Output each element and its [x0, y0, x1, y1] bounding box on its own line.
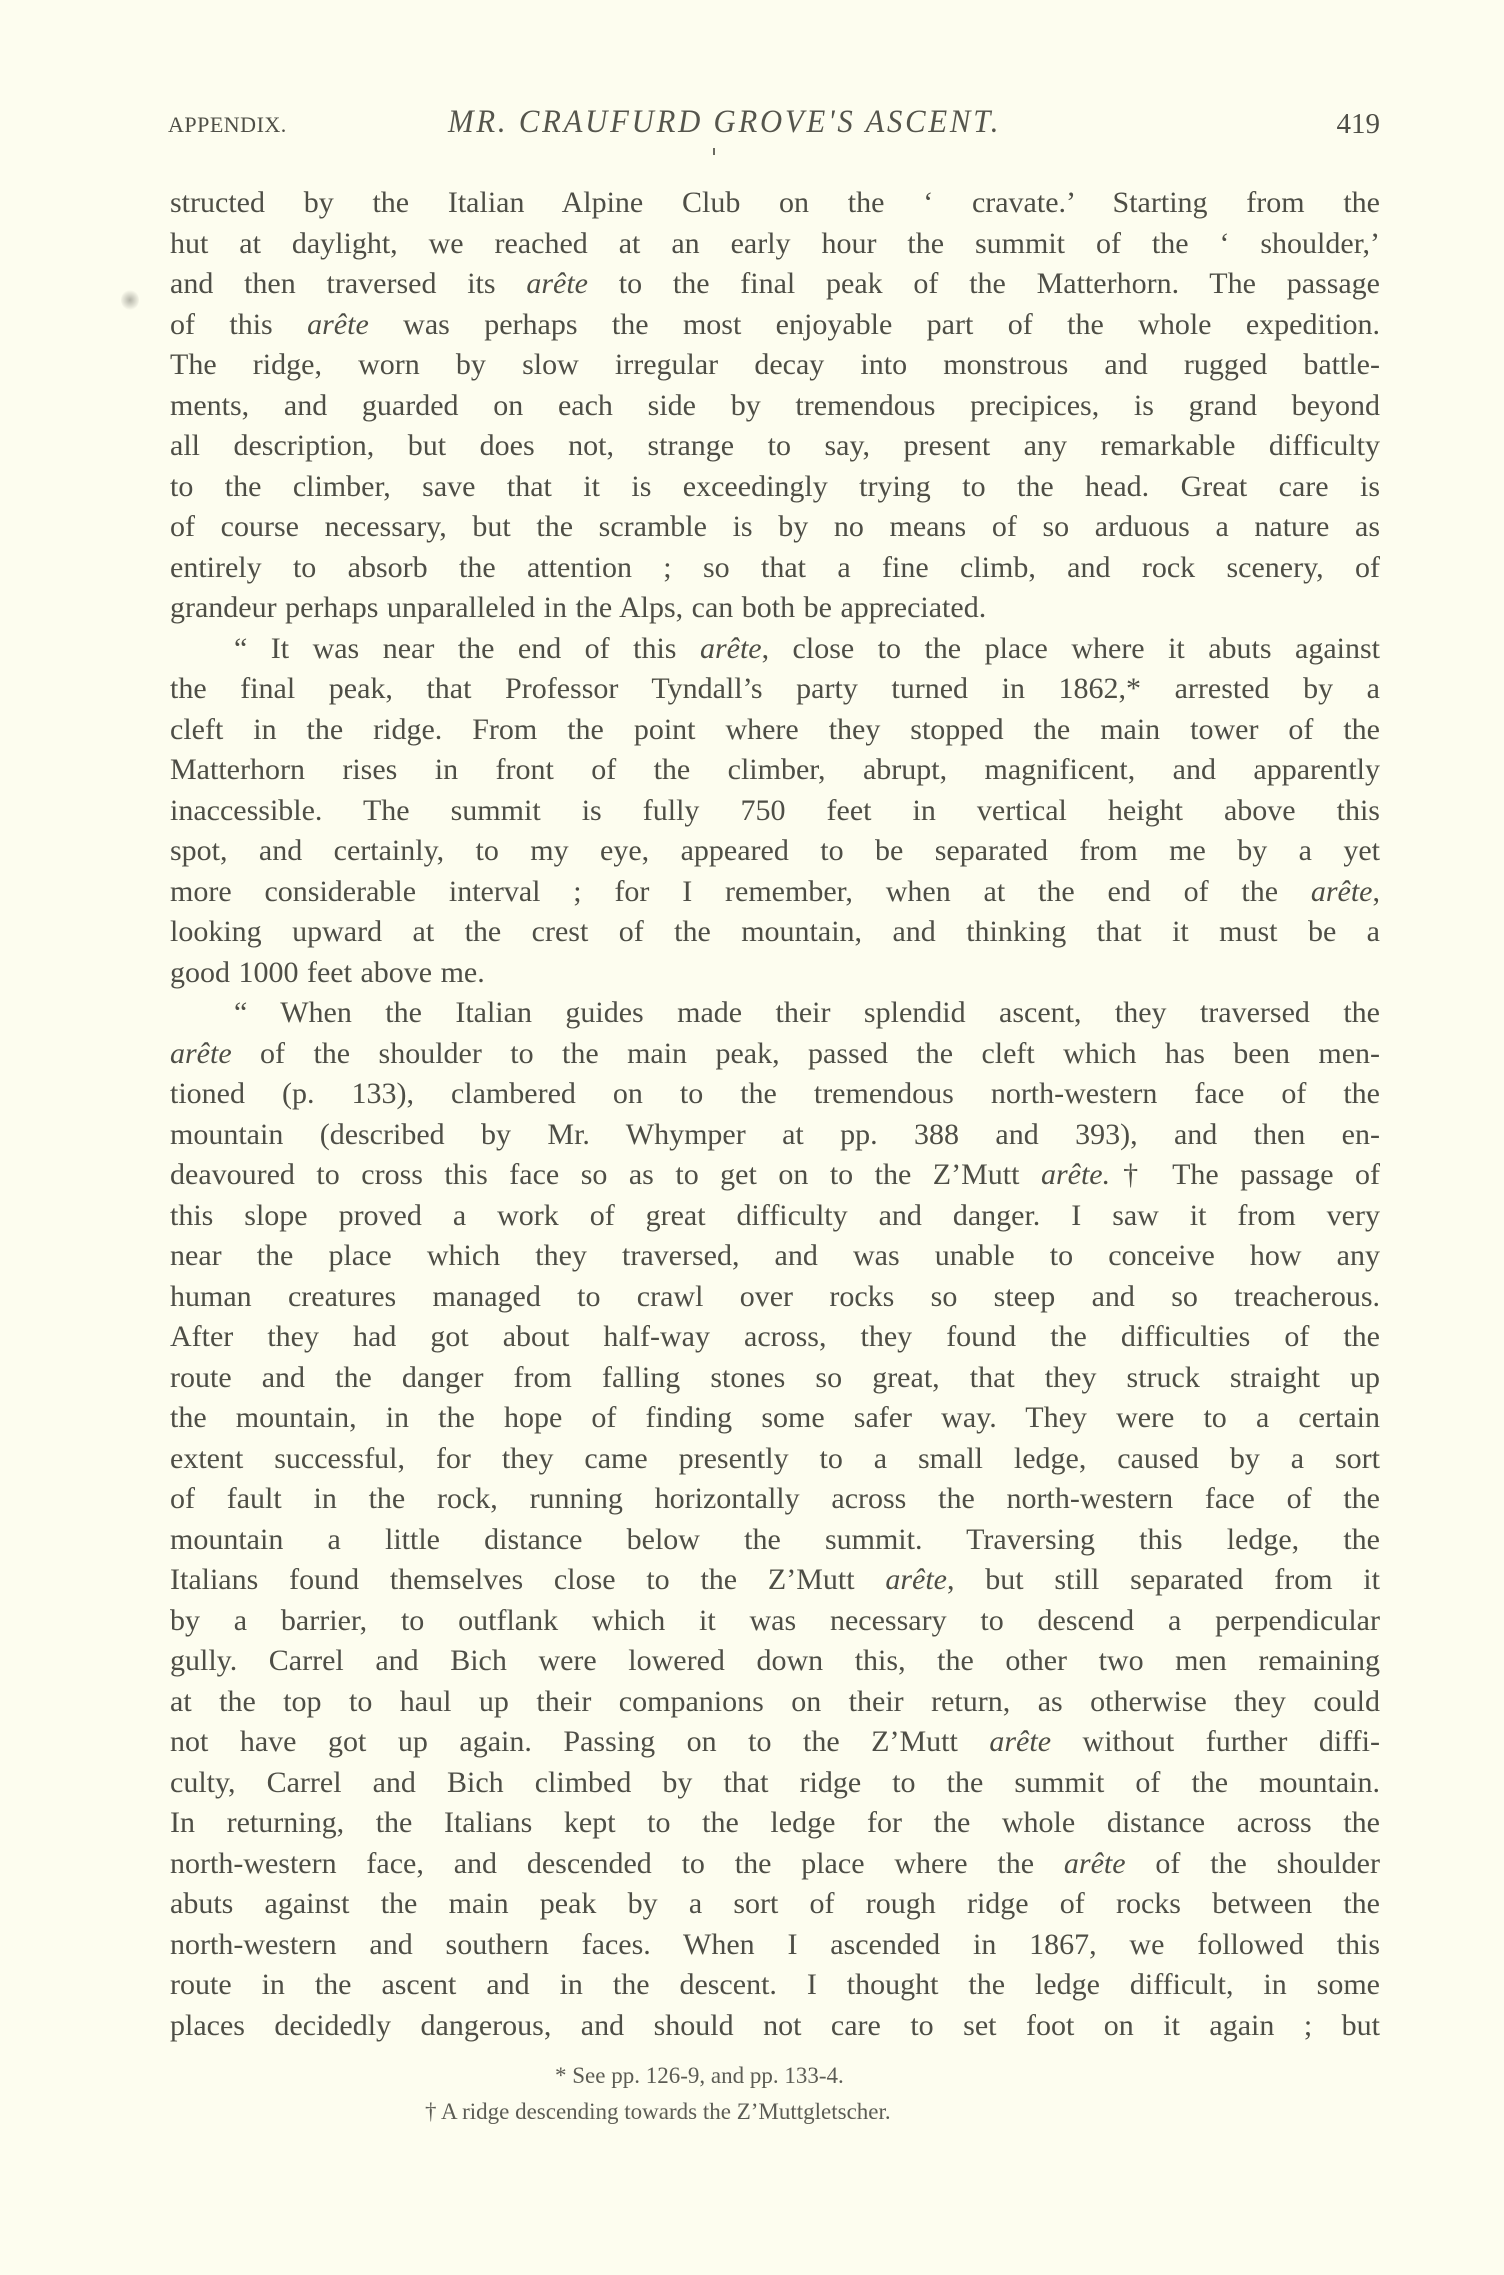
text-run: The ridge, worn by slow irregular decay … — [170, 348, 1380, 381]
text-run: of the shoulder — [1126, 1847, 1380, 1880]
text-run: hut at daylight, we reached at an early … — [170, 227, 1380, 260]
text-line-content: grandeur perhaps unparalleled in the Alp… — [170, 588, 1380, 629]
text-line-content: this slope proved a work of great diffic… — [170, 1196, 1380, 1237]
text-run: human creatures managed to crawl over ro… — [170, 1280, 1380, 1313]
text-line-content: mountain (described by Mr. Whymper at pp… — [170, 1115, 1380, 1156]
text-line-content: In returning, the Italians kept to the l… — [170, 1803, 1380, 1844]
text-line: “ When the Italian guides made their spl… — [170, 993, 1380, 1034]
text-line: “ It was near the end of this arête, clo… — [170, 629, 1380, 670]
italic-term: arête — [1064, 1847, 1126, 1880]
italic-term: arête — [989, 1725, 1051, 1758]
text-line: mountain (described by Mr. Whymper at pp… — [170, 1115, 1380, 1156]
text-line: this slope proved a work of great diffic… — [170, 1196, 1380, 1237]
text-line-content: near the place which they traversed, and… — [170, 1236, 1380, 1277]
text-line: more considerable interval ; for I remem… — [170, 872, 1380, 913]
text-run: “ It was near the end of this — [234, 632, 700, 665]
text-line: The ridge, worn by slow irregular decay … — [170, 345, 1380, 386]
text-line: culty, Carrel and Bich climbed by that r… — [170, 1763, 1380, 1804]
text-line-content: the mountain, in the hope of finding som… — [170, 1398, 1380, 1439]
italic-term: arête — [307, 308, 369, 341]
text-line: at the top to haul up their companions o… — [170, 1682, 1380, 1723]
ink-smudge — [121, 290, 139, 310]
text-line-content: of course necessary, but the scramble is… — [170, 507, 1380, 548]
text-line: near the place which they traversed, and… — [170, 1236, 1380, 1277]
text-line-content: north-western face, and descended to the… — [170, 1844, 1380, 1885]
text-line-content: by a barrier, to outflank which it was n… — [170, 1601, 1380, 1642]
text-line: structed by the Italian Alpine Club on t… — [170, 183, 1380, 224]
text-run: gully. Carrel and Bich were lowered down… — [170, 1644, 1380, 1677]
text-line-content: looking upward at the crest of the mount… — [170, 912, 1380, 953]
text-line-content: good 1000 feet above me. — [170, 953, 1380, 994]
text-line: places decidedly dangerous, and should n… — [170, 2006, 1380, 2047]
text-line-content: The ridge, worn by slow irregular decay … — [170, 345, 1380, 386]
text-run: abuts against the main peak by a sort of… — [170, 1887, 1380, 1920]
text-line-content: the final peak, that Professor Tyndall’s… — [170, 669, 1380, 710]
text-line: cleft in the ridge. From the point where… — [170, 710, 1380, 751]
text-run: mountain a little distance below the sum… — [170, 1523, 1380, 1556]
text-line: gully. Carrel and Bich were lowered down… — [170, 1641, 1380, 1682]
text-line: route in the ascent and in the descent. … — [170, 1965, 1380, 2006]
text-line-content: spot, and certainly, to my eye, appeared… — [170, 831, 1380, 872]
text-run: spot, and certainly, to my eye, appeared… — [170, 834, 1380, 867]
text-line: by a barrier, to outflank which it was n… — [170, 1601, 1380, 1642]
text-line: inaccessible. The summit is fully 750 fe… — [170, 791, 1380, 832]
print-mark — [713, 148, 715, 155]
text-line-content: culty, Carrel and Bich climbed by that r… — [170, 1763, 1380, 1804]
text-run: route in the ascent and in the descent. … — [170, 1968, 1380, 2001]
text-line-content: structed by the Italian Alpine Club on t… — [170, 183, 1380, 224]
text-run: Italians found themselves close to the Z… — [170, 1563, 885, 1596]
text-line: of fault in the rock, running horizontal… — [170, 1479, 1380, 1520]
text-line-content: more considerable interval ; for I remem… — [170, 872, 1380, 913]
text-run: structed by the Italian Alpine Club on t… — [170, 186, 1380, 219]
text-run: not have got up again. Passing on to the… — [170, 1725, 989, 1758]
text-line: north-western and southern faces. When I… — [170, 1925, 1380, 1966]
footnote-asterisk: * See pp. 126-9, and pp. 133-4. — [170, 2058, 1380, 2094]
text-line: deavoured to cross this face so as to ge… — [170, 1155, 1380, 1196]
text-line-content: route and the danger from falling stones… — [170, 1358, 1380, 1399]
text-run: without further diffi- — [1051, 1725, 1380, 1758]
text-run: mountain (described by Mr. Whymper at pp… — [170, 1118, 1380, 1151]
text-line: abuts against the main peak by a sort of… — [170, 1884, 1380, 1925]
text-line-content: hut at daylight, we reached at an early … — [170, 224, 1380, 265]
text-run: Matterhorn rises in front of the climber… — [170, 753, 1380, 786]
page-number: 419 — [1337, 108, 1381, 141]
text-run: In returning, the Italians kept to the l… — [170, 1806, 1380, 1839]
text-run: grandeur perhaps unparalleled in the Alp… — [170, 591, 986, 624]
text-line: arête of the shoulder to the main peak, … — [170, 1034, 1380, 1075]
text-line-content: deavoured to cross this face so as to ge… — [170, 1155, 1380, 1196]
text-line: hut at daylight, we reached at an early … — [170, 224, 1380, 265]
running-head: APPENDIX. MR. CRAUFURD GROVE'S ASCENT. 4… — [168, 104, 1380, 144]
text-run: ments, and guarded on each side by treme… — [170, 389, 1380, 422]
text-line: the final peak, that Professor Tyndall’s… — [170, 669, 1380, 710]
book-page: APPENDIX. MR. CRAUFURD GROVE'S ASCENT. 4… — [0, 0, 1504, 2275]
text-run: route and the danger from falling stones… — [170, 1361, 1380, 1394]
text-run: of course necessary, but the scramble is… — [170, 510, 1380, 543]
text-line-content: extent successful, for they came present… — [170, 1439, 1380, 1480]
text-line-content: “ When the Italian guides made their spl… — [234, 993, 1380, 1034]
text-run: looking upward at the crest of the mount… — [170, 915, 1380, 948]
text-line-content: human creatures managed to crawl over ro… — [170, 1277, 1380, 1318]
text-run: at the top to haul up their companions o… — [170, 1685, 1380, 1718]
text-line: not have got up again. Passing on to the… — [170, 1722, 1380, 1763]
text-run: more considerable interval ; for I remem… — [170, 875, 1311, 908]
text-line: of this arête was perhaps the most enjoy… — [170, 305, 1380, 346]
text-line: ments, and guarded on each side by treme… — [170, 386, 1380, 427]
text-line-content: Italians found themselves close to the Z… — [170, 1560, 1380, 1601]
text-line: entirely to absorb the attention ; so th… — [170, 548, 1380, 589]
footnotes: * See pp. 126-9, and pp. 133-4. † A ridg… — [170, 2058, 1380, 2130]
text-run: After they had got about half-way across… — [170, 1320, 1380, 1353]
text-line: After they had got about half-way across… — [170, 1317, 1380, 1358]
text-run: by a barrier, to outflank which it was n… — [170, 1604, 1380, 1637]
text-run: the final peak, that Professor Tyndall’s… — [170, 672, 1380, 705]
text-line-content: arête of the shoulder to the main peak, … — [170, 1034, 1380, 1075]
text-line: the mountain, in the hope of finding som… — [170, 1398, 1380, 1439]
text-line-content: entirely to absorb the attention ; so th… — [170, 548, 1380, 589]
text-run: , close to the place where it abuts agai… — [762, 632, 1380, 665]
text-line: and then traversed its arête to the fina… — [170, 264, 1380, 305]
text-line: looking upward at the crest of the mount… — [170, 912, 1380, 953]
text-run: places decidedly dangerous, and should n… — [170, 2009, 1380, 2042]
text-line-content: north-western and southern faces. When I… — [170, 1925, 1380, 1966]
text-line-content: route in the ascent and in the descent. … — [170, 1965, 1380, 2006]
text-line-content: inaccessible. The summit is fully 750 fe… — [170, 791, 1380, 832]
text-line: mountain a little distance below the sum… — [170, 1520, 1380, 1561]
text-line: grandeur perhaps unparalleled in the Alp… — [170, 588, 1380, 629]
text-line: to the climber, save that it is exceedin… — [170, 467, 1380, 508]
text-line: extent successful, for they came present… — [170, 1439, 1380, 1480]
text-run: north-western and southern faces. When I… — [170, 1928, 1380, 1961]
text-run: near the place which they traversed, and… — [170, 1239, 1380, 1272]
text-line: all description, but does not, strange t… — [170, 426, 1380, 467]
text-run: tioned (p. 133), clambered on to the tre… — [170, 1077, 1380, 1110]
text-line-content: After they had got about half-way across… — [170, 1317, 1380, 1358]
text-line: spot, and certainly, to my eye, appeared… — [170, 831, 1380, 872]
text-line-content: of fault in the rock, running horizontal… — [170, 1479, 1380, 1520]
italic-term: arête — [885, 1563, 947, 1596]
text-run: † The passage of — [1110, 1158, 1380, 1191]
page-title: MR. CRAUFURD GROVE'S ASCENT. — [448, 104, 1054, 141]
footnote-dagger: † A ridge descending towards the Z’Muttg… — [170, 2094, 1380, 2130]
text-run: inaccessible. The summit is fully 750 fe… — [170, 794, 1380, 827]
text-line-content: at the top to haul up their companions o… — [170, 1682, 1380, 1723]
italic-term: arête — [700, 632, 762, 665]
text-line: good 1000 feet above me. — [170, 953, 1380, 994]
text-run: culty, Carrel and Bich climbed by that r… — [170, 1766, 1380, 1799]
text-line-content: places decidedly dangerous, and should n… — [170, 2006, 1380, 2047]
text-run: was perhaps the most enjoyable part of t… — [369, 308, 1380, 341]
text-run: good 1000 feet above me. — [170, 956, 485, 989]
text-line: north-western face, and descended to the… — [170, 1844, 1380, 1885]
text-line-content: Matterhorn rises in front of the climber… — [170, 750, 1380, 791]
text-run: , but still separated from it — [947, 1563, 1380, 1596]
text-run: entirely to absorb the attention ; so th… — [170, 551, 1380, 584]
text-run: the mountain, in the hope of finding som… — [170, 1401, 1380, 1434]
text-line-content: “ It was near the end of this arête, clo… — [234, 629, 1380, 670]
text-line-content: all description, but does not, strange t… — [170, 426, 1380, 467]
text-line: In returning, the Italians kept to the l… — [170, 1803, 1380, 1844]
text-run: , — [1373, 875, 1381, 908]
text-line-content: not have got up again. Passing on to the… — [170, 1722, 1380, 1763]
text-line-content: gully. Carrel and Bich were lowered down… — [170, 1641, 1380, 1682]
text-run: of the shoulder to the main peak, passed… — [232, 1037, 1380, 1070]
text-line-content: of this arête was perhaps the most enjoy… — [170, 305, 1380, 346]
text-line-content: tioned (p. 133), clambered on to the tre… — [170, 1074, 1380, 1115]
italic-term: arête — [170, 1037, 232, 1070]
text-run: of fault in the rock, running horizontal… — [170, 1482, 1380, 1515]
text-line: human creatures managed to crawl over ro… — [170, 1277, 1380, 1318]
text-run: all description, but does not, strange t… — [170, 429, 1380, 462]
text-line: Italians found themselves close to the Z… — [170, 1560, 1380, 1601]
text-line: Matterhorn rises in front of the climber… — [170, 750, 1380, 791]
text-run: “ When the Italian guides made their spl… — [234, 996, 1380, 1029]
text-run: north-western face, and descended to the… — [170, 1847, 1064, 1880]
text-line-content: and then traversed its arête to the fina… — [170, 264, 1380, 305]
text-run: and then traversed its — [170, 267, 526, 300]
section-label: APPENDIX. — [168, 112, 287, 138]
text-run: to the climber, save that it is exceedin… — [170, 470, 1380, 503]
italic-term: arête — [1311, 875, 1373, 908]
text-line: of course necessary, but the scramble is… — [170, 507, 1380, 548]
text-line: route and the danger from falling stones… — [170, 1358, 1380, 1399]
text-run: extent successful, for they came present… — [170, 1442, 1380, 1475]
body-text: structed by the Italian Alpine Club on t… — [170, 183, 1380, 2046]
text-line-content: to the climber, save that it is exceedin… — [170, 467, 1380, 508]
text-run: this slope proved a work of great diffic… — [170, 1199, 1380, 1232]
text-line-content: mountain a little distance below the sum… — [170, 1520, 1380, 1561]
text-run: deavoured to cross this face so as to ge… — [170, 1158, 1041, 1191]
text-run: of this — [170, 308, 307, 341]
italic-term: arête — [526, 267, 588, 300]
italic-term: arête. — [1041, 1158, 1110, 1191]
text-line-content: ments, and guarded on each side by treme… — [170, 386, 1380, 427]
text-run: cleft in the ridge. From the point where… — [170, 713, 1380, 746]
text-line: tioned (p. 133), clambered on to the tre… — [170, 1074, 1380, 1115]
text-line-content: cleft in the ridge. From the point where… — [170, 710, 1380, 751]
text-run: to the final peak of the Matterhorn. The… — [588, 267, 1380, 300]
text-line-content: abuts against the main peak by a sort of… — [170, 1884, 1380, 1925]
